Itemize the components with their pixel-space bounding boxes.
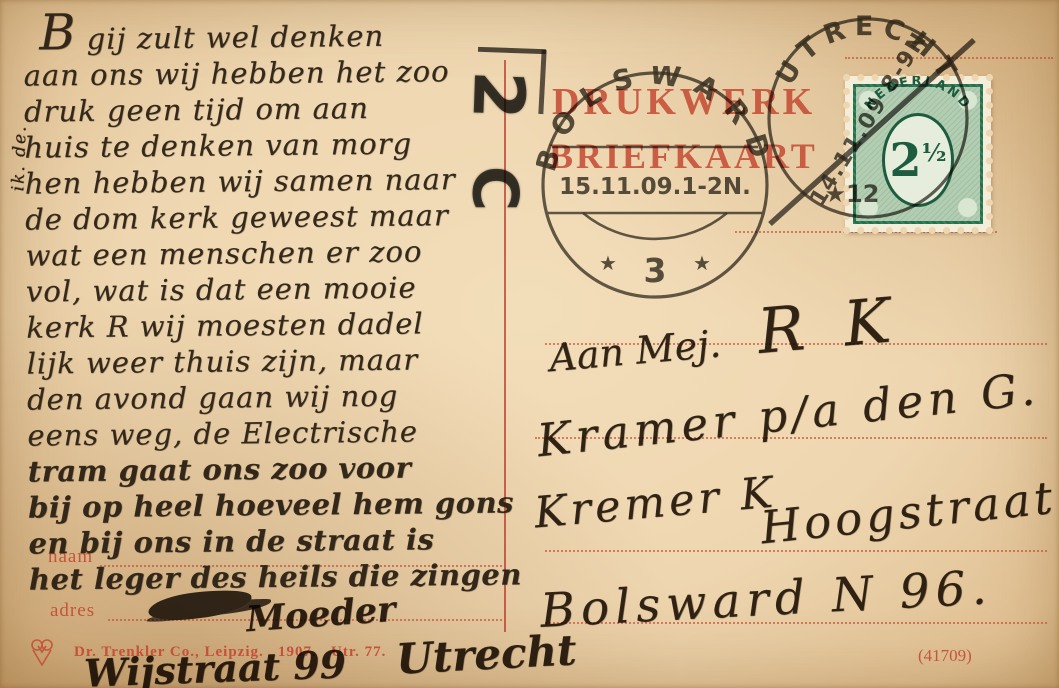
card-number: (41709) <box>918 646 972 666</box>
adres-label: adres <box>50 600 95 622</box>
utrecht-postmark: UTRECHT 14.11.09 8-9N ★12 <box>752 6 984 238</box>
margin-note: ik. de. <box>8 124 30 192</box>
handwritten-message: B gij zult wel denken aan ons wij hebben… <box>23 9 521 597</box>
bolsward-office-number: 3 <box>644 251 667 290</box>
address-line-3-name: Kremer K <box>532 468 778 539</box>
star-icon: ★ <box>599 251 617 275</box>
message-line: kerk R wij moesten dadel <box>26 304 518 345</box>
svg-text:BOLSWARD: BOLSWARD <box>536 66 774 175</box>
trenkler-logo-icon <box>30 638 54 670</box>
message-line: B gij zult wel denken <box>23 9 515 57</box>
address-initials: R K <box>755 283 904 368</box>
message-line: wat een menschen er zoo <box>25 232 517 273</box>
message-line: lijk weer thuis zijn, maar <box>26 340 518 381</box>
utrecht-town: UTRECHT <box>770 11 966 90</box>
message-line: aan ons wij hebben het zoo <box>23 52 515 93</box>
address-salutation: Aan Mej. <box>547 321 722 380</box>
utrecht-office-number: ★12 <box>825 180 880 208</box>
message-line: eens weg, de Electrische <box>27 412 519 453</box>
message-line: en bij ons in de straat is <box>28 520 520 561</box>
rate-digit: 2 <box>457 69 541 121</box>
message-line: het leger des heils die zingen <box>29 556 521 597</box>
sender-street: Wijstraat 99 <box>83 641 346 688</box>
message-line: den avond gaan wij nog <box>27 376 519 417</box>
message-line: bij op heel hoeveel hem gons <box>28 484 520 525</box>
message-line: hen hebben wij samen naar <box>25 160 517 201</box>
message-line: huis te denken van morg <box>24 124 516 165</box>
svg-text:UTRECHT: UTRECHT <box>770 11 966 90</box>
rate-letter: C <box>458 166 531 212</box>
address-line-3-street: Hoogstraat <box>758 471 1059 555</box>
bolsward-datetime: 15.11.09.1-2N. <box>559 174 751 200</box>
address-line-4-town: Bolsward N 96. <box>539 560 994 639</box>
message-closing: Moeder <box>245 589 397 640</box>
message-line: druk geen tijd om aan <box>24 88 516 129</box>
message-line: tram gaat ons zoo voor <box>28 448 520 489</box>
postcard-back: DRUKWERK BRIEFKAART naam adres Dr. Trenk… <box>0 0 1059 688</box>
bolsward-postmark: BOLSWARD 15.11.09.1-2N. ★ 3 ★ <box>536 66 774 304</box>
bolsward-town: BOLSWARD <box>536 66 774 175</box>
message-line: de dom kerk geweest maar <box>25 196 517 237</box>
message-line: vol, wat is dat een mooie <box>26 268 518 309</box>
star-icon: ★ <box>693 251 711 275</box>
